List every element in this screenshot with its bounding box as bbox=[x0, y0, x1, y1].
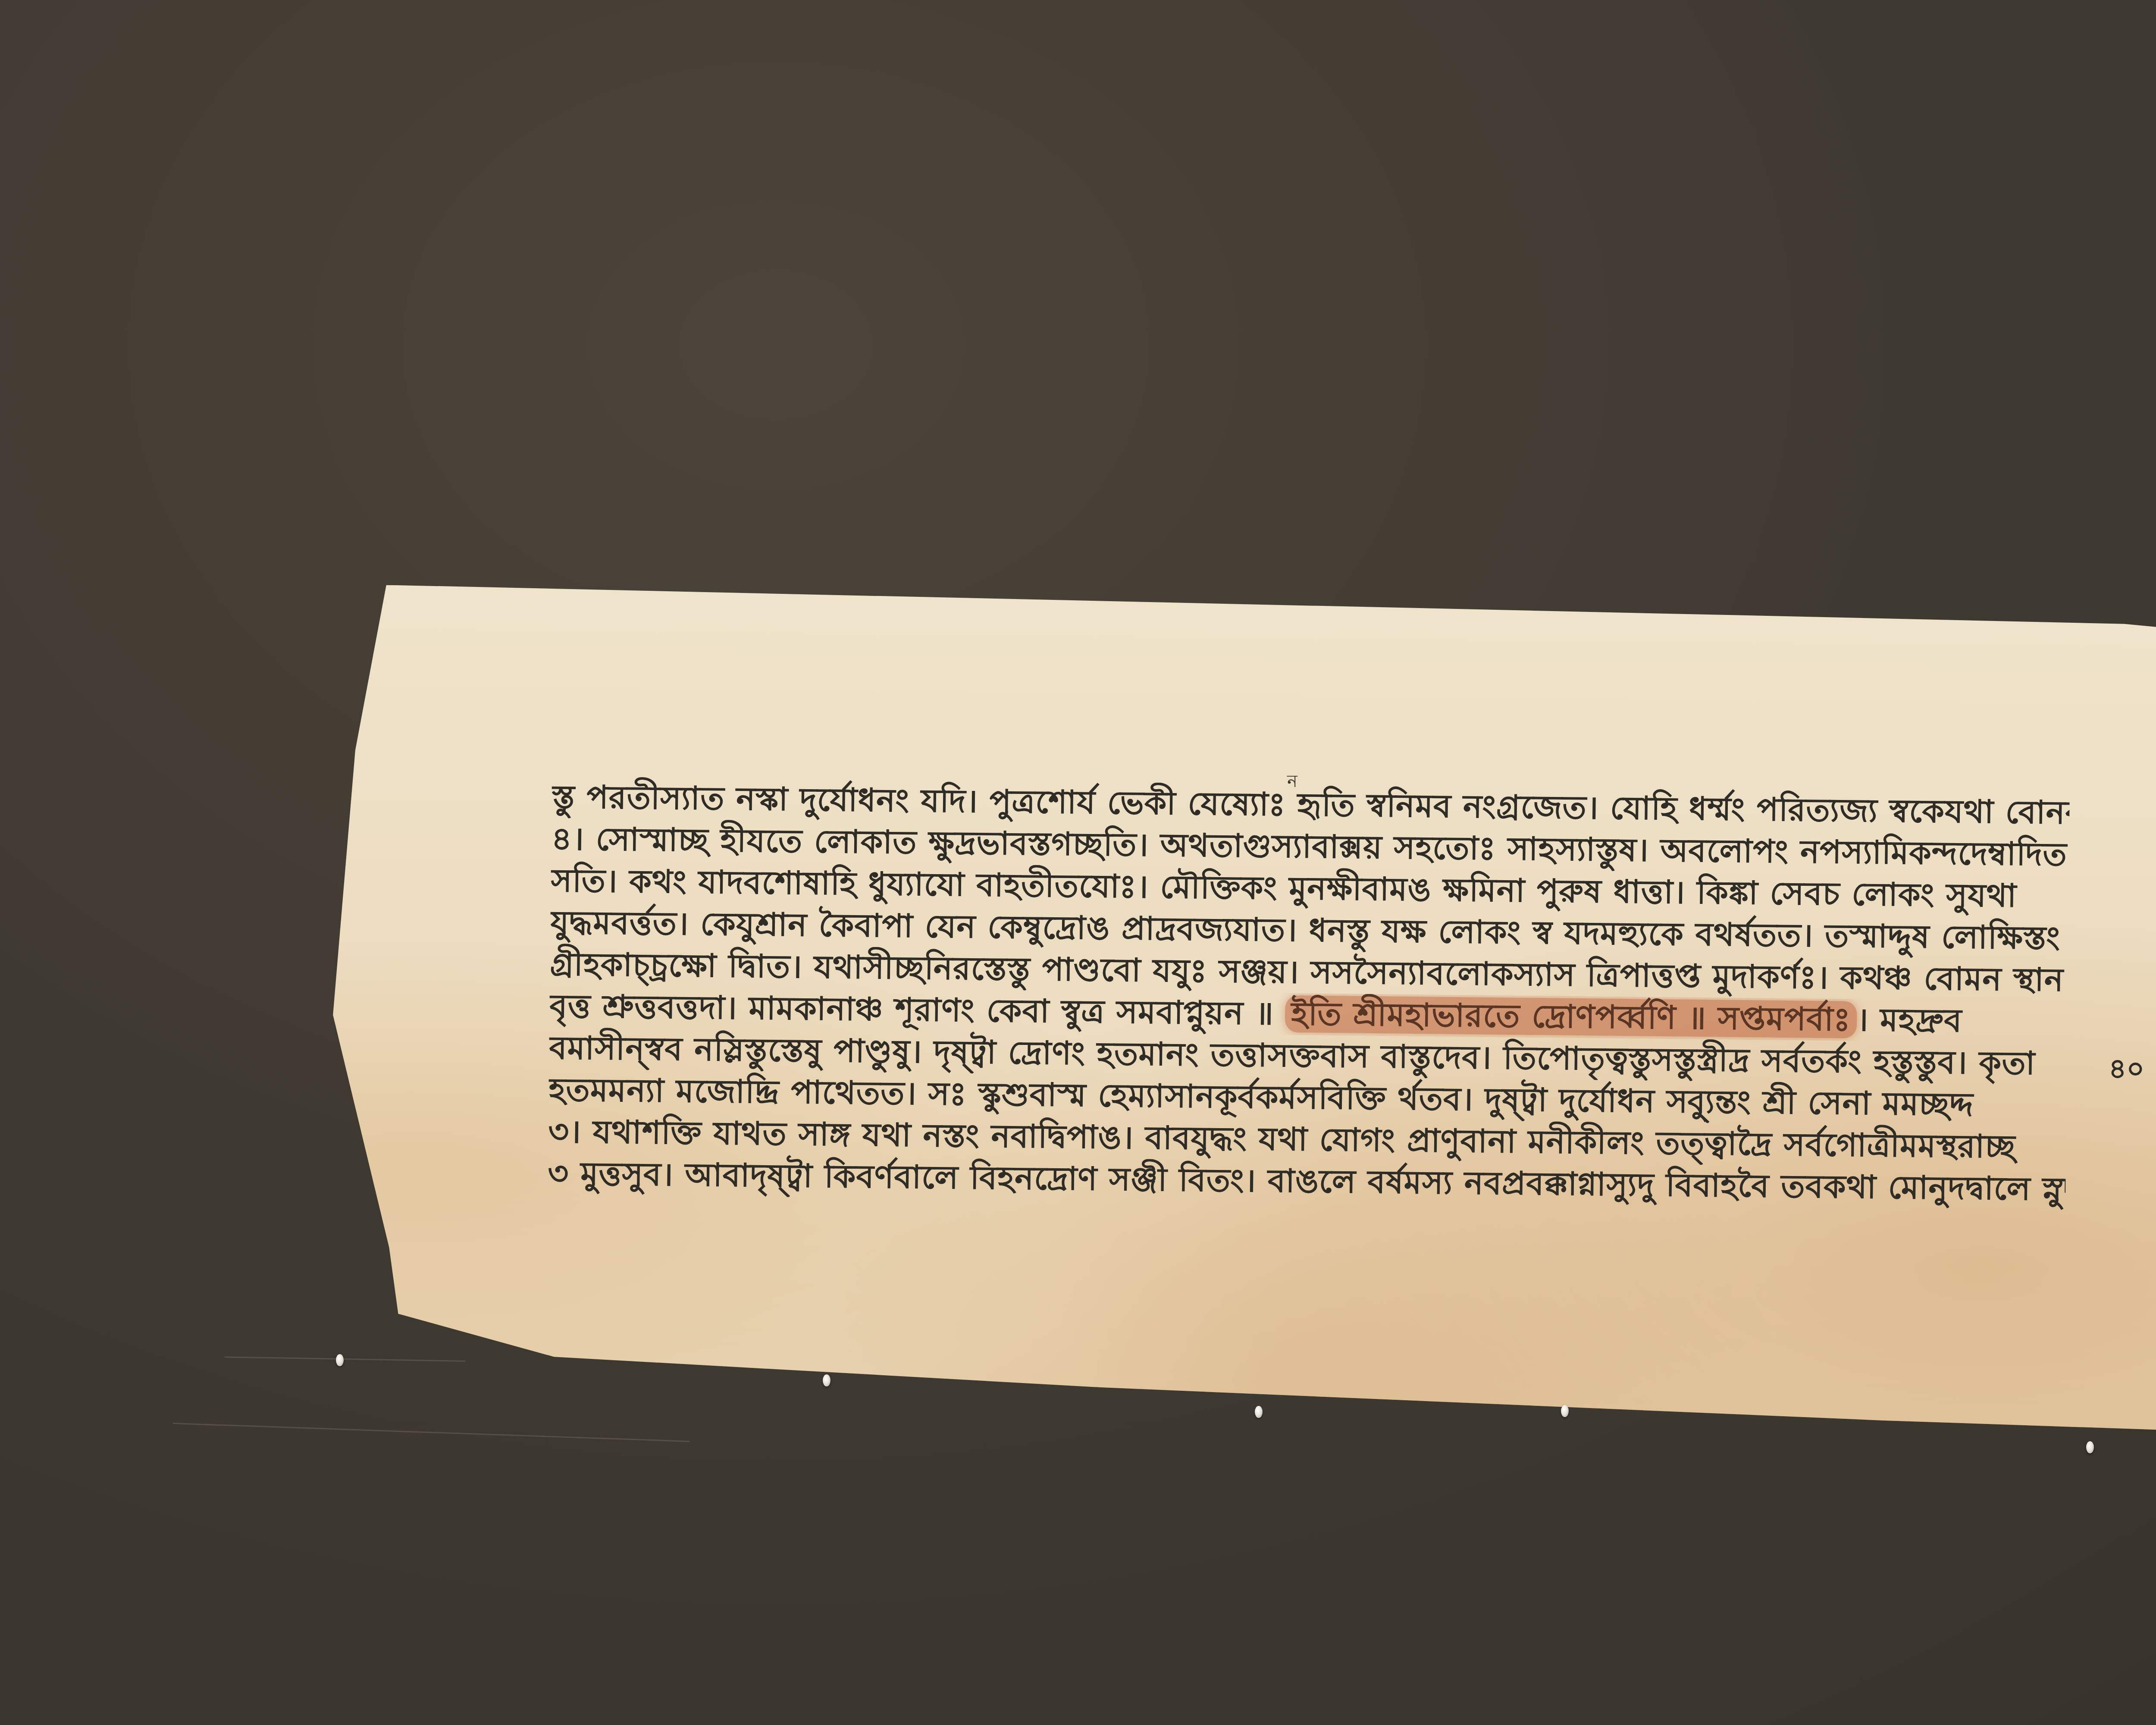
rubric-highlight: ইতি শ্রীমহাভারতে দ্রোণপর্ব্বণি ॥ সপ্তমপর… bbox=[1285, 995, 1857, 1038]
mounting-pin bbox=[1255, 1406, 1263, 1418]
line-text: । মহদ্রুব bbox=[1857, 1001, 1962, 1040]
background-scratch bbox=[172, 1423, 689, 1442]
manuscript-text: স্তু পরতীস্যাত নস্কা দুর্যোধনং যদি। পুত্… bbox=[548, 776, 2070, 1211]
folio-number: ৪০ bbox=[2109, 1048, 2144, 1094]
mounting-pin bbox=[1561, 1405, 1569, 1417]
background-scratch bbox=[224, 1356, 466, 1362]
mounting-pin bbox=[336, 1354, 344, 1366]
mounting-pin bbox=[2086, 1441, 2094, 1453]
mounting-pin bbox=[823, 1374, 830, 1386]
photo-stage: ন স্তু পরতীস্যাত নস্কা দুর্যোধনং যদি। পু… bbox=[0, 0, 2156, 1725]
line-text: বৃত্ত শ্রুত্তবত্তদা। মামকানাঞ্চ শূরাণং ক… bbox=[549, 988, 1274, 1032]
